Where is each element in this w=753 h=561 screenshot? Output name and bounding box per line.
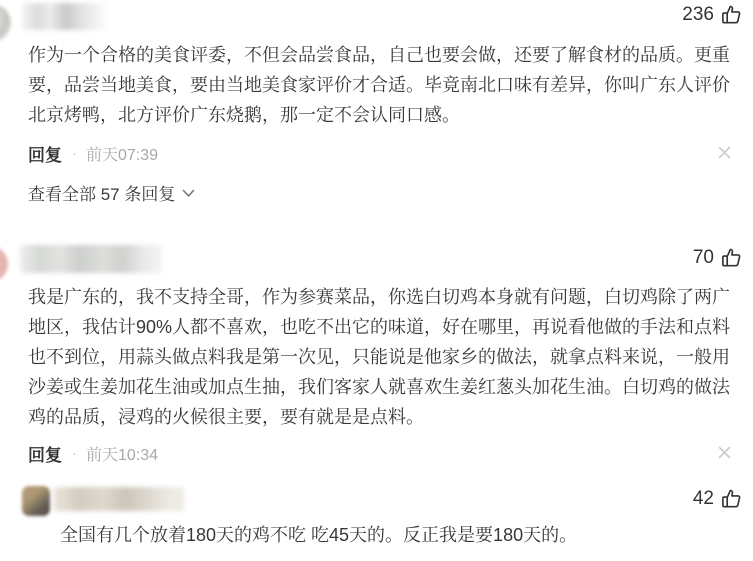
comment-text-line: 北京烤鸭，北方评价广东烧鹅，那一定不会认同口感。 bbox=[28, 100, 738, 130]
comment-text-line: 沙姜或生姜加花生油或加点生抽，我们客家人就喜欢生姜红葱头加花生油。白切鸡的做法 bbox=[28, 372, 738, 402]
username-blurred[interactable] bbox=[22, 3, 106, 30]
like-button[interactable]: 236 bbox=[682, 4, 743, 26]
chevron-down-icon bbox=[182, 183, 195, 203]
dot-separator: · bbox=[72, 445, 77, 462]
thumbs-up-icon bbox=[720, 489, 743, 510]
like-button[interactable]: 42 bbox=[693, 488, 743, 510]
view-all-replies-label: 查看全部 57 条回复 bbox=[28, 180, 175, 205]
comment-text-line: 我是广东的，我不支持全哥，作为参赛菜品，你选白切鸡本身就有问题，白切鸡除了两广 bbox=[28, 282, 738, 312]
close-icon[interactable] bbox=[718, 446, 731, 459]
comment-item: 236 作为一个合格的美食评委，不但会品尝食品，自己也要会做，还要了解食材的品质… bbox=[0, 0, 753, 215]
close-icon[interactable] bbox=[718, 146, 731, 159]
like-count: 70 bbox=[693, 247, 714, 269]
comment-text-line: 全国有几个放着180天的鸡不吃 吃45天的。反正我是要180天的。 bbox=[60, 520, 740, 550]
avatar[interactable] bbox=[0, 246, 8, 282]
like-count: 42 bbox=[693, 488, 714, 510]
comment-text: 全国有几个放着180天的鸡不吃 吃45天的。反正我是要180天的。 bbox=[60, 520, 740, 550]
reply-button[interactable]: 回复 bbox=[28, 141, 62, 166]
timestamp: 前天07:39 bbox=[86, 142, 158, 165]
username-blurred[interactable] bbox=[20, 245, 162, 273]
like-count: 236 bbox=[682, 4, 714, 26]
comment-actions: 回复 · 前天07:39 bbox=[28, 142, 753, 164]
dot-separator: · bbox=[72, 145, 77, 162]
comment-text-line: 也不到位，用蒜头做点料我是第一次见，只能说是他家乡的做法，就拿点料来说，一般用 bbox=[28, 342, 738, 372]
comment-text: 作为一个合格的美食评委，不但会品尝食品，自己也要会做，还要了解食材的品质。更重 … bbox=[28, 40, 738, 130]
avatar[interactable] bbox=[22, 486, 50, 516]
comment-text-line: 地区，我估计90%人都不喜欢，也吃不出它的味道，好在哪里，再说看他做的手法和点料 bbox=[28, 312, 738, 342]
comment-text-line: 作为一个合格的美食评委，不但会品尝食品，自己也要会做，还要了解食材的品质。更重 bbox=[28, 40, 738, 70]
thumbs-up-icon bbox=[720, 248, 743, 269]
comment-text-line: 鸡的品质，浸鸡的火候很主要，要有就是是点料。 bbox=[28, 402, 738, 432]
comment-actions: 回复 · 前天10:34 bbox=[28, 442, 753, 464]
comment-item: 70 我是广东的，我不支持全哥，作为参赛菜品，你选白切鸡本身就有问题，白切鸡除了… bbox=[0, 243, 753, 478]
view-all-replies-button[interactable]: 查看全部 57 条回复 bbox=[28, 180, 195, 205]
comment-text: 我是广东的，我不支持全哥，作为参赛菜品，你选白切鸡本身就有问题，白切鸡除了两广 … bbox=[28, 282, 738, 432]
comment-text-line: 要，品尝当地美食，要由当地美食家评价才合适。毕竟南北口味有差异，你叫广东人评价 bbox=[28, 70, 738, 100]
avatar[interactable] bbox=[0, 4, 11, 42]
reply-button[interactable]: 回复 bbox=[28, 441, 62, 466]
like-button[interactable]: 70 bbox=[693, 247, 743, 269]
comment-item: 42 全国有几个放着180天的鸡不吃 吃45天的。反正我是要180天的。 bbox=[0, 484, 753, 561]
username-blurred[interactable] bbox=[54, 487, 184, 511]
timestamp: 前天10:34 bbox=[86, 442, 158, 465]
thumbs-up-icon bbox=[720, 5, 743, 26]
